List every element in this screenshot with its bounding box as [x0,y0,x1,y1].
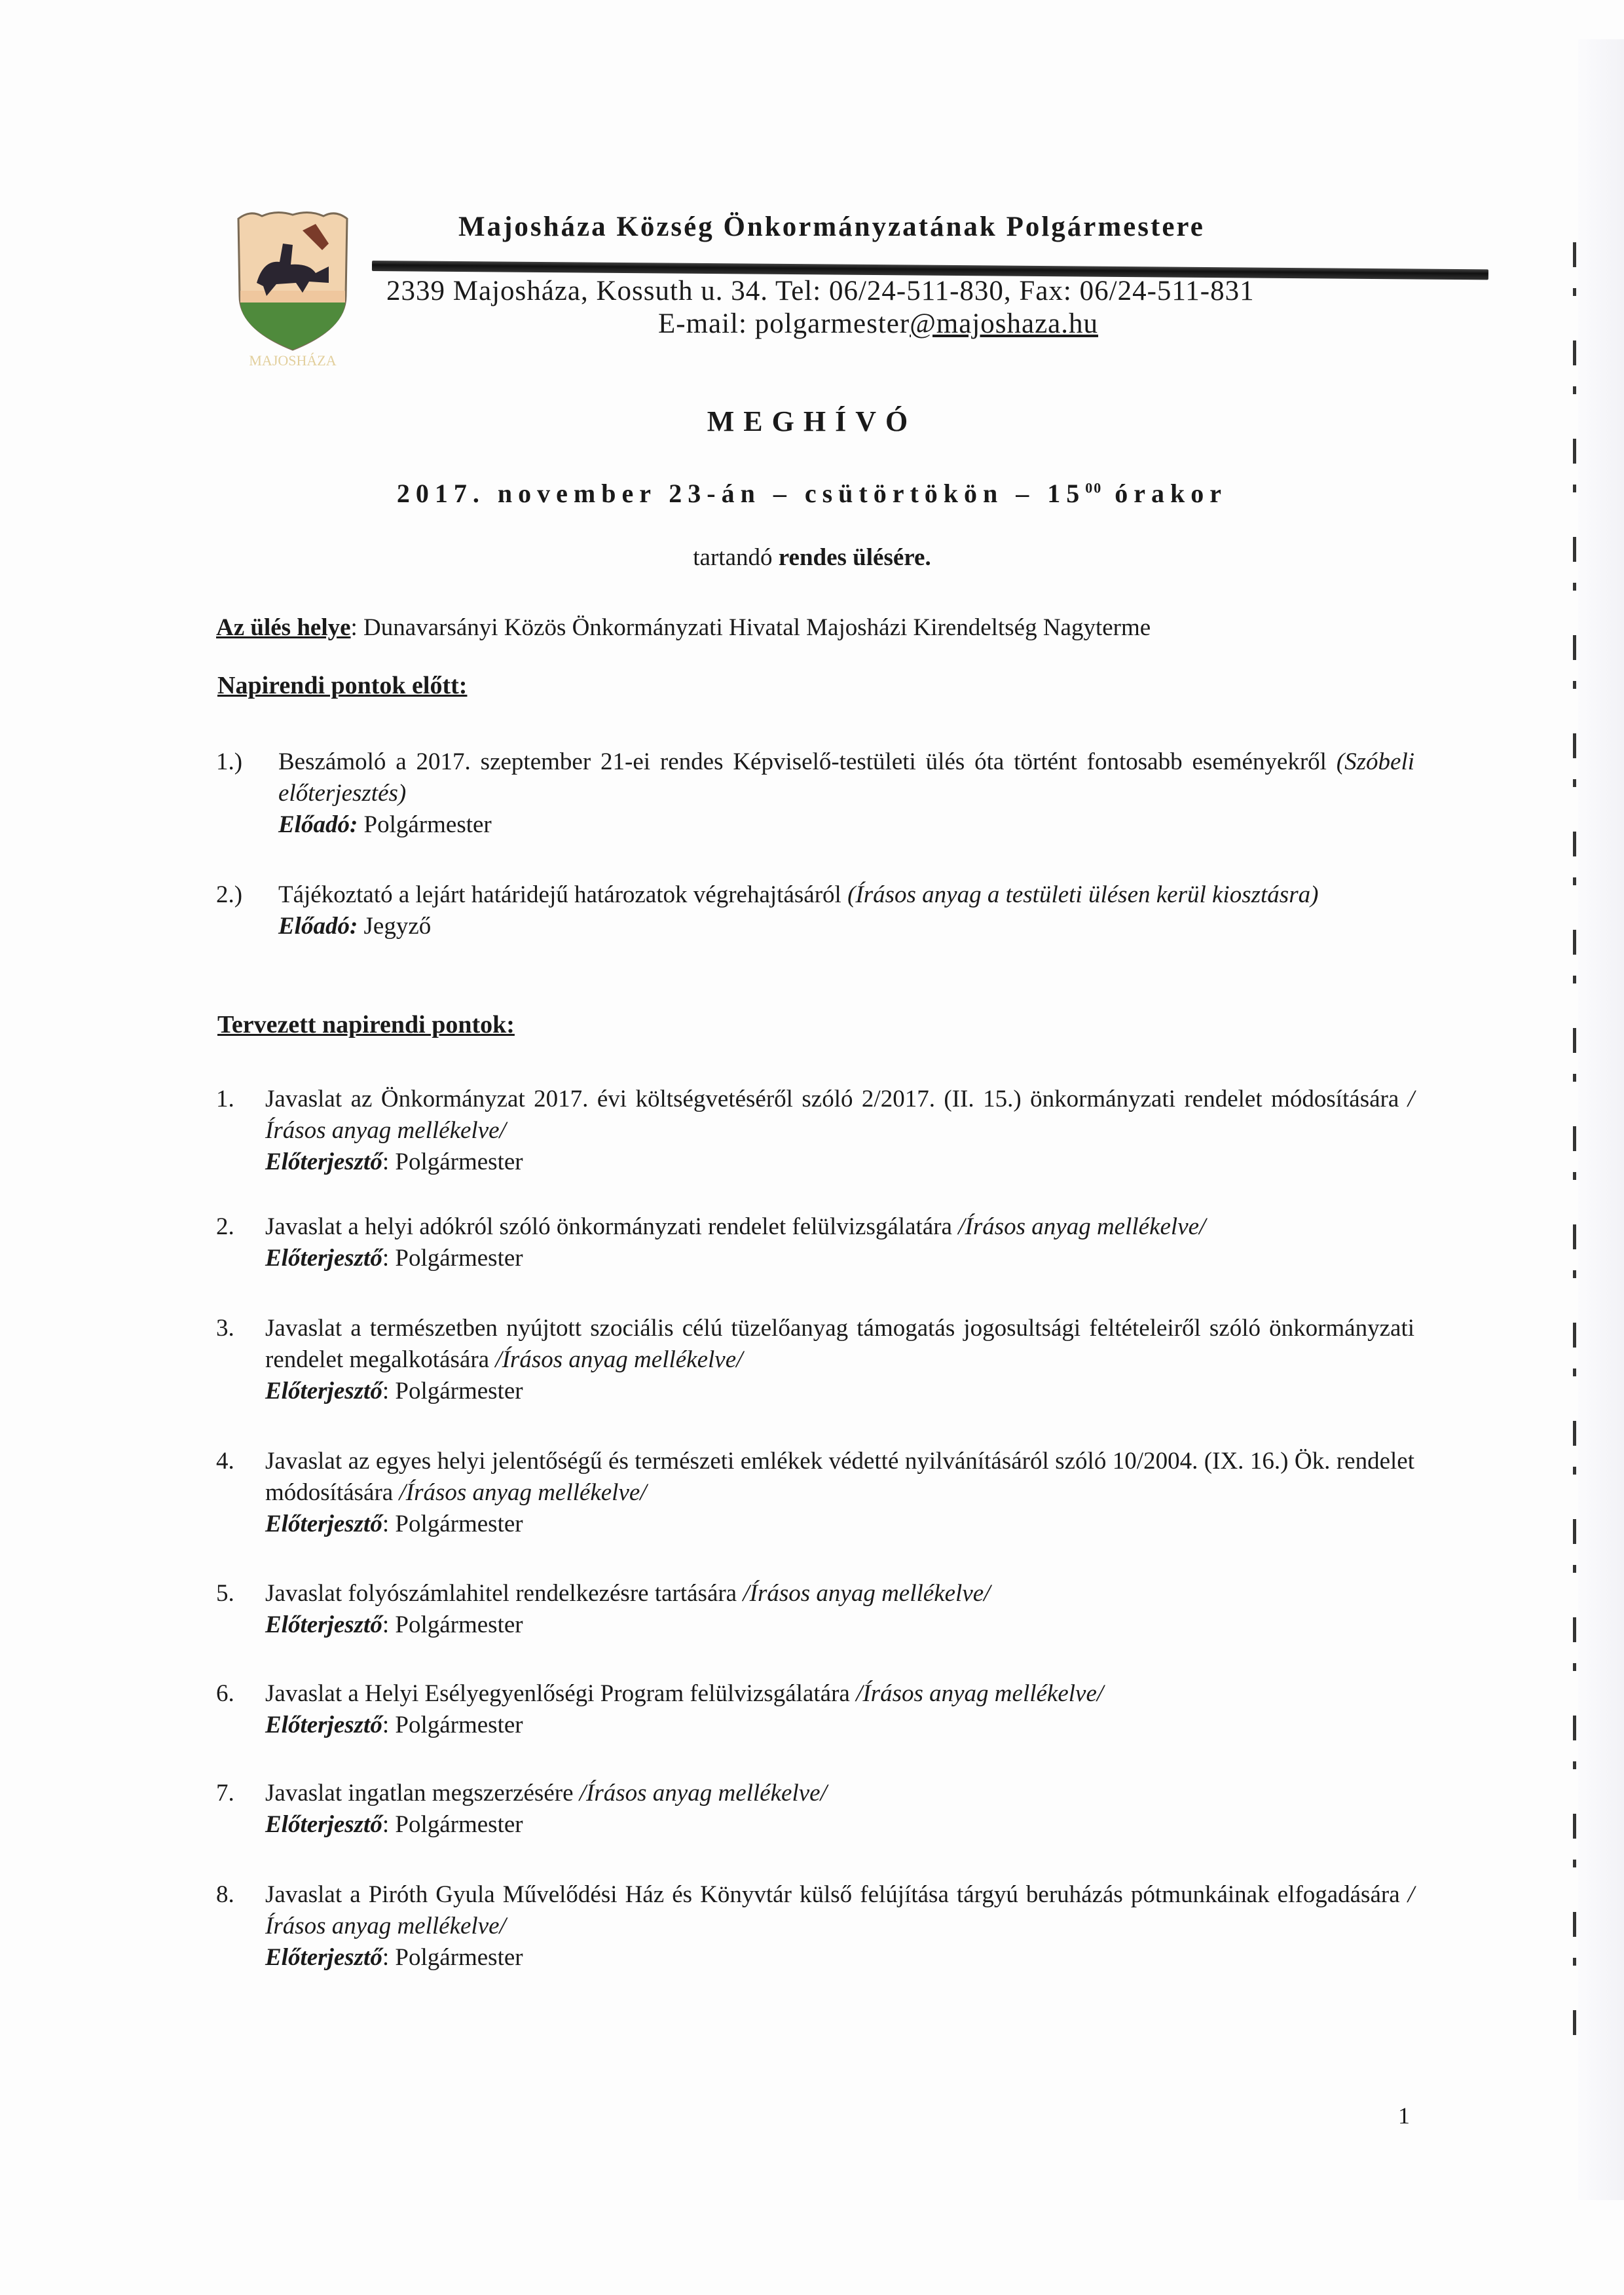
venue-value: : Dunavarsányi Közös Önkormányzati Hivat… [351,614,1151,641]
email-link[interactable]: @majoshaza.hu [910,308,1098,339]
item-note: /Írásos anyag mellékelve/ [399,1479,646,1506]
agenda-item: 3. Javaslat a természetben nyújtott szoc… [216,1313,1414,1407]
item-text: Javaslat ingatlan megszerzésére [265,1780,580,1807]
meeting-date: 2017. november 23-án – csütörtökön – 150… [0,478,1624,509]
svg-text:MAJOSHÁZA: MAJOSHÁZA [249,352,336,368]
item-note: /Írásos anyag mellékelve/ [856,1680,1103,1707]
pre-agenda-heading: Napirendi pontok előtt: [217,671,467,700]
item-text: Beszámoló a 2017. szeptember 21-ei rende… [278,748,1337,775]
agenda-item: 4. Javaslat az egyes helyi jelentőségű é… [216,1446,1414,1540]
session-type: tartandó rendes ülésére. [0,543,1624,572]
presenter-label: Előterjesztő [265,1148,382,1175]
item-number: 2.) [216,879,242,911]
scan-edge-shade [1578,39,1624,2200]
presenter-value: : Polgármester [382,1511,523,1537]
presenter-value: : Polgármester [382,1245,523,1272]
contact-email: E-mail: polgarmester@majoshaza.hu [658,308,1098,340]
agenda-item: 6. Javaslat a Helyi Esélyegyenlőségi Pro… [216,1678,1414,1741]
document-title: MEGHÍVÓ [0,405,1624,438]
presenter-value: Polgármester [358,811,491,838]
date-suffix: órakor [1102,479,1227,508]
item-number: 1.) [216,746,242,778]
session-prefix: tartandó [693,544,778,571]
item-note: /Írásos anyag mellékelve/ [743,1580,990,1607]
presenter-label: Előadó: [278,913,358,940]
presenter-value: : Polgármester [382,1148,523,1175]
presenter-value: : Polgármester [382,1944,523,1971]
presenter-value: Jegyző [358,913,431,940]
item-number: 2. [216,1211,234,1243]
agenda-item: 8. Javaslat a Piróth Gyula Művelődési Há… [216,1879,1414,1974]
presenter-value: : Polgármester [382,1378,523,1405]
contact-address: 2339 Majosháza, Kossuth u. 34. Tel: 06/2… [386,275,1255,307]
item-text: Tájékoztató a lejárt határidejű határoza… [278,881,847,908]
item-text: Javaslat a természetben nyújtott szociál… [265,1315,1414,1373]
pre-agenda-item: 2.) Tájékoztató a lejárt határidejű hatá… [216,879,1414,942]
agenda-item: 2. Javaslat a helyi adókról szóló önkorm… [216,1211,1414,1274]
item-text: Javaslat a helyi adókról szóló önkormány… [265,1213,958,1240]
presenter-label: Előterjesztő [265,1944,382,1971]
date-text: 2017. november 23-án – csütörtökön – 15 [397,479,1085,508]
email-label: E-mail: polgarmester [658,308,910,339]
presenter-label: Előterjesztő [265,1712,382,1738]
item-number: 7. [216,1778,234,1809]
item-note: /Írásos anyag mellékelve/ [958,1213,1206,1240]
presenter-label: Előterjesztő [265,1511,382,1537]
item-number: 6. [216,1678,234,1710]
item-text: Javaslat a Helyi Esélyegyenlőségi Progra… [265,1680,856,1707]
agenda-item: 5. Javaslat folyószámlahitel rendelkezés… [216,1578,1414,1641]
item-text: Javaslat folyószámlahitel rendelkezésre … [265,1580,743,1607]
coat-of-arms-logo: MAJOSHÁZA [231,204,355,368]
item-number: 4. [216,1446,234,1477]
organization-title: Majosháza Község Önkormányzatának Polgár… [458,211,1205,243]
presenter-label: Előterjesztő [265,1611,382,1638]
item-number: 1. [216,1084,234,1115]
presenter-label: Előterjesztő [265,1245,382,1272]
presenter-label: Előterjesztő [265,1378,382,1405]
venue: Az ülés helye: Dunavarsányi Közös Önkorm… [216,614,1151,642]
presenter-value: : Polgármester [382,1611,523,1638]
presenter-label: Előadó: [278,811,358,838]
item-note: (Írásos anyag a testületi ülésen kerül k… [847,881,1318,908]
page-number: 1 [1398,2102,1410,2129]
item-note: /Írásos anyag mellékelve/ [495,1346,743,1373]
presenter-label: Előterjesztő [265,1811,382,1838]
item-number: 3. [216,1313,234,1344]
pre-agenda-item: 1.) Beszámoló a 2017. szeptember 21-ei r… [216,746,1414,841]
session-bold: rendes ülésére. [779,544,931,571]
venue-label: Az ülés helye [216,614,351,641]
item-text: Javaslat az Önkormányzat 2017. évi költs… [265,1086,1408,1112]
item-number: 8. [216,1879,234,1911]
agenda-item: 1. Javaslat az Önkormányzat 2017. évi kö… [216,1084,1414,1178]
agenda-item: 7. Javaslat ingatlan megszerzésére /Írás… [216,1778,1414,1841]
presenter-value: : Polgármester [382,1811,523,1838]
item-note: /Írásos anyag mellékelve/ [580,1780,827,1807]
scan-edge-marks [1573,242,1576,2043]
time-minutes: 00 [1085,480,1102,496]
item-text: Javaslat a Piróth Gyula Művelődési Ház é… [265,1881,1408,1908]
agenda-heading: Tervezett napirendi pontok: [217,1010,515,1039]
presenter-value: : Polgármester [382,1712,523,1738]
item-number: 5. [216,1578,234,1609]
